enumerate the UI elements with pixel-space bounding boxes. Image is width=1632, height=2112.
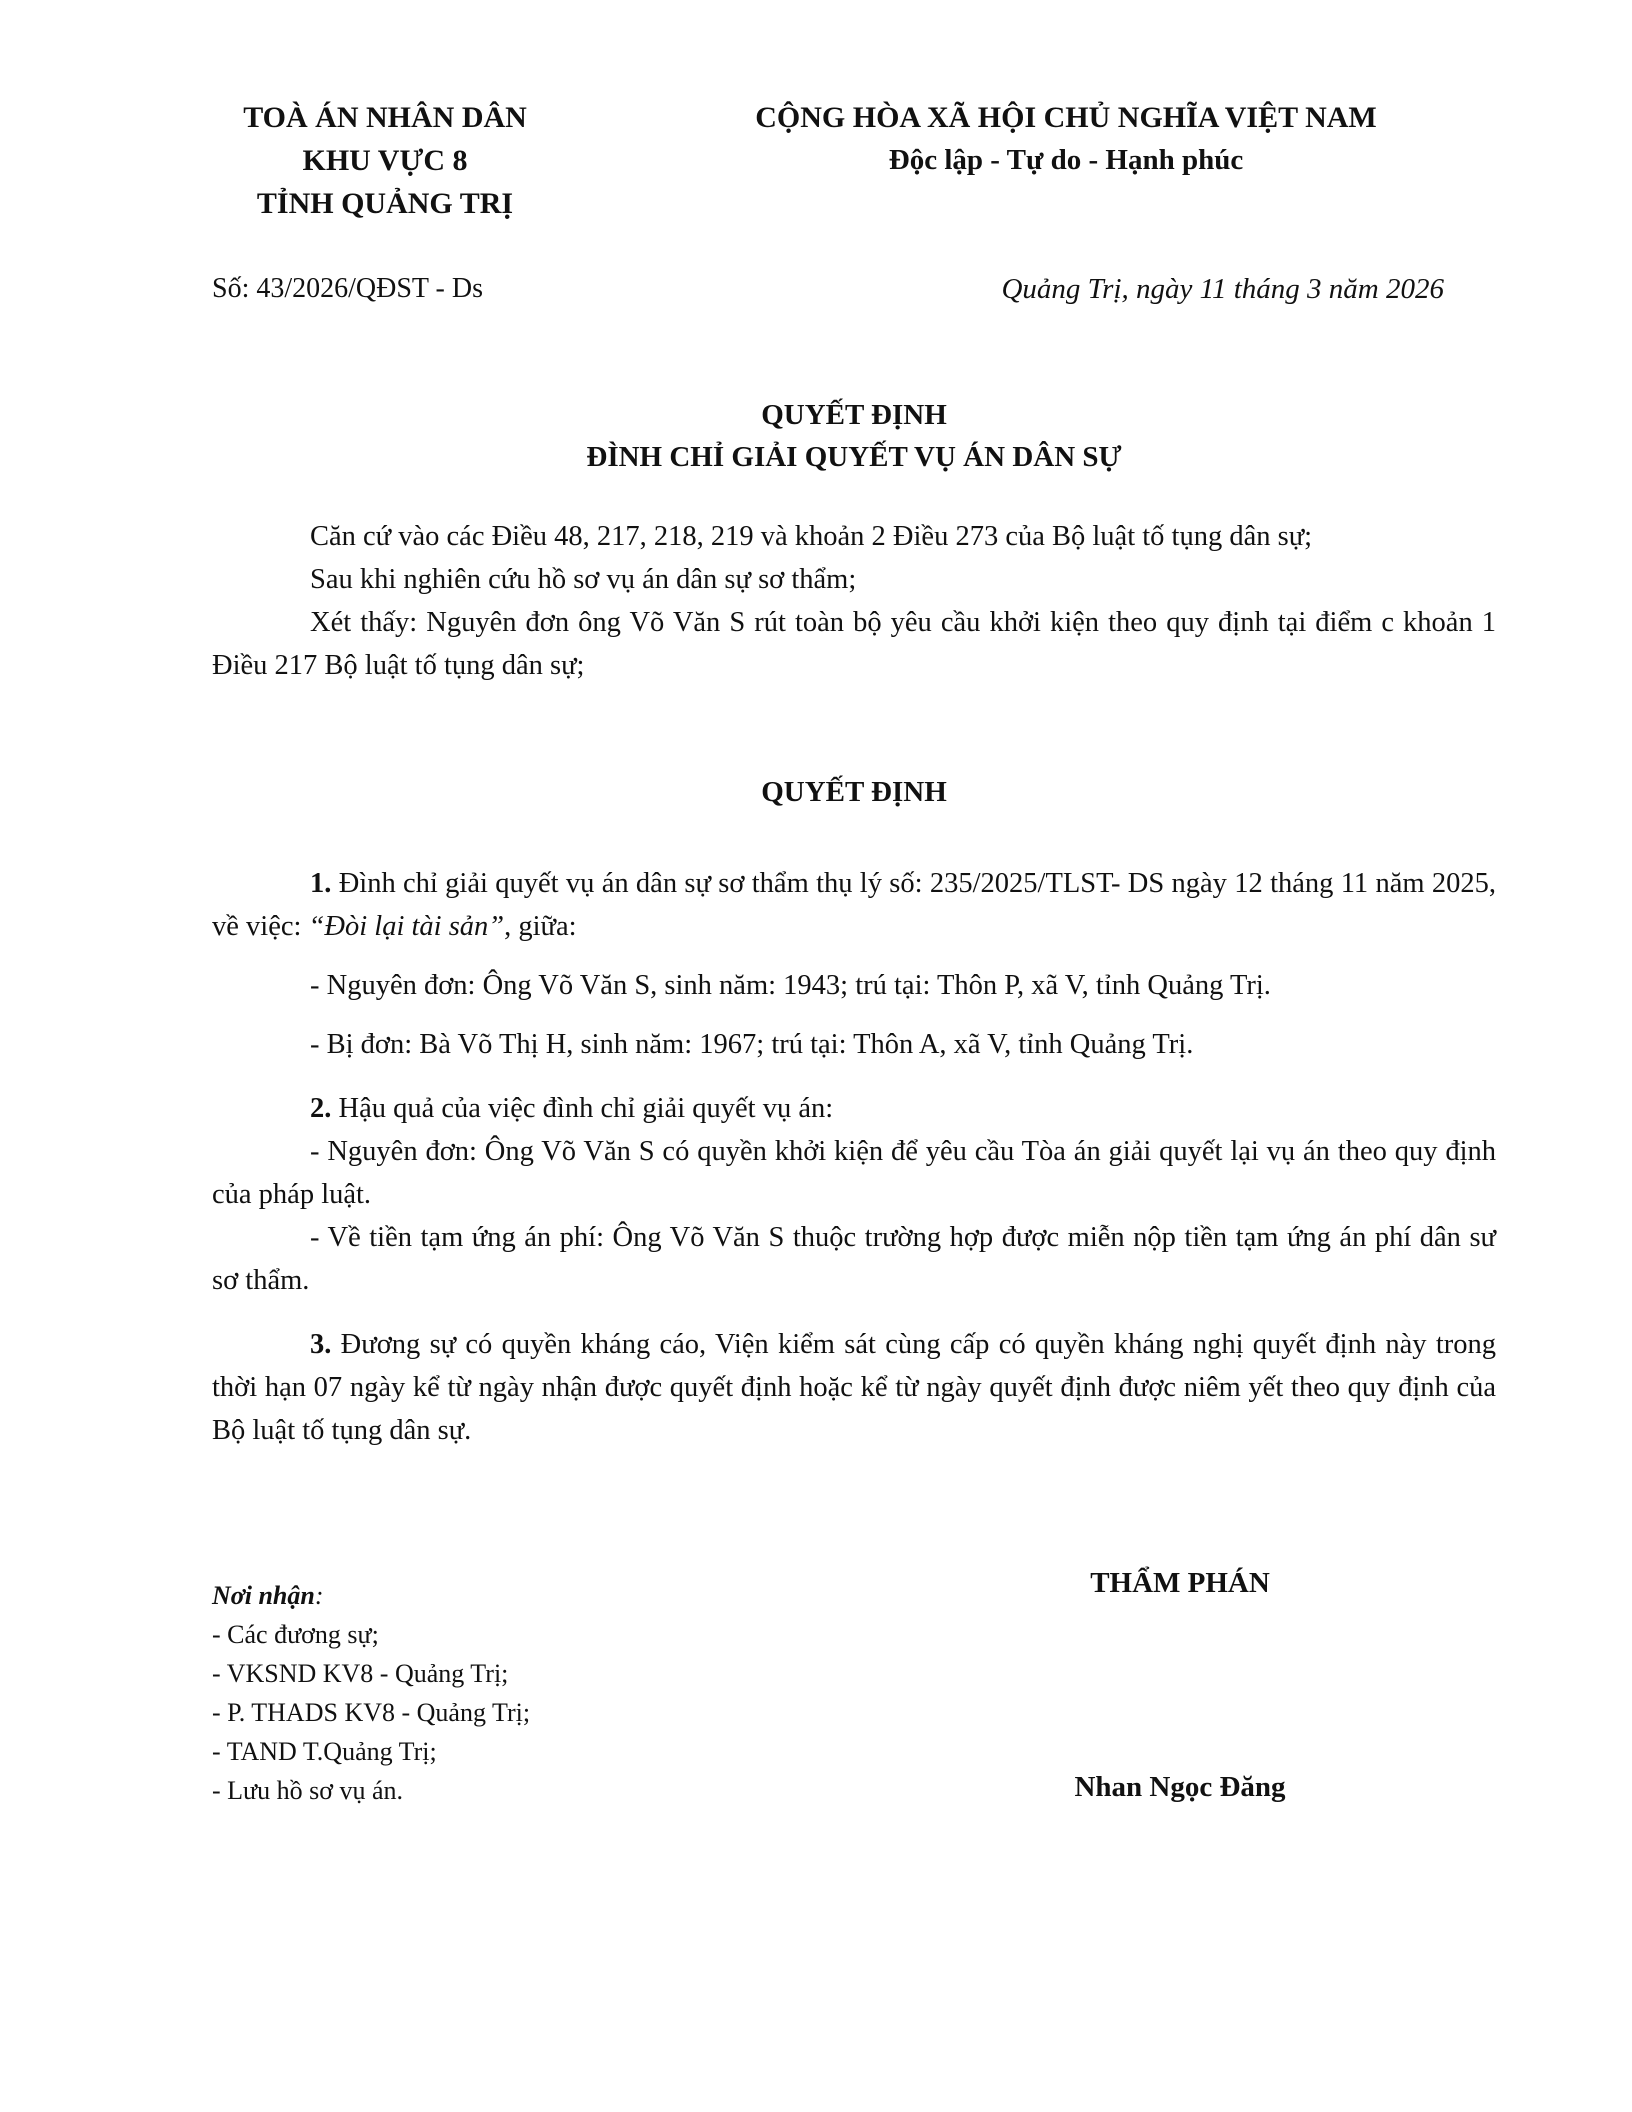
recipient-item: - Các đương sự; — [212, 1615, 530, 1654]
recipient-item: - VKSND KV8 - Quảng Trị; — [212, 1654, 530, 1693]
title-line-2: ĐÌNH CHỈ GIẢI QUYẾT VỤ ÁN DÂN SỰ — [212, 436, 1496, 478]
basis-paragraph: Xét thấy: Nguyên đơn ông Võ Văn S rút to… — [212, 601, 1496, 687]
decision-item-1: 1. Đình chỉ giải quyết vụ án dân sự sơ t… — [212, 862, 1496, 948]
decision-body: 1. Đình chỉ giải quyết vụ án dân sự sơ t… — [212, 862, 1496, 1452]
court-name-block: TOÀ ÁN NHÂN DÂN KHU VỰC 8 TỈNH QUẢNG TRỊ — [200, 96, 570, 225]
plaintiff-right: - Nguyên đơn: Ông Võ Văn S có quyền khởi… — [212, 1130, 1496, 1216]
recipients-list: - Các đương sự; - VKSND KV8 - Quảng Trị;… — [212, 1615, 530, 1810]
legal-basis: Căn cứ vào các Điều 48, 217, 218, 219 và… — [212, 515, 1496, 687]
national-header: CỘNG HÒA XÃ HỘI CHỦ NGHĨA VIỆT NAM Độc l… — [660, 96, 1472, 182]
item-number: 2. — [310, 1093, 331, 1124]
basis-paragraph: Căn cứ vào các Điều 48, 217, 218, 219 và… — [212, 515, 1496, 558]
item-number: 1. — [310, 868, 331, 899]
title-line-1: QUYẾT ĐỊNH — [212, 394, 1496, 436]
defendant-info: - Bị đơn: Bà Võ Thị H, sinh năm: 1967; t… — [212, 1023, 1496, 1066]
recipient-item: - Lưu hồ sơ vụ án. — [212, 1771, 530, 1810]
court-region-line: KHU VỰC 8 — [200, 139, 570, 182]
document-title: QUYẾT ĐỊNH ĐÌNH CHỈ GIẢI QUYẾT VỤ ÁN DÂN… — [212, 394, 1496, 478]
decision-item-3: 3. Đương sự có quyền kháng cáo, Viện kiể… — [212, 1323, 1496, 1452]
item-number: 3. — [310, 1329, 331, 1360]
recipients-heading-colon: : — [315, 1581, 324, 1610]
recipients-block: Nơi nhận: - Các đương sự; - VKSND KV8 - … — [212, 1576, 530, 1810]
decision-item-2: 2. Hậu quả của việc đình chỉ giải quyết … — [212, 1087, 1496, 1130]
recipient-item: - TAND T.Quảng Trị; — [212, 1732, 530, 1771]
court-name-line: TOÀ ÁN NHÂN DÂN — [200, 96, 570, 139]
nation-name: CỘNG HÒA XÃ HỘI CHỦ NGHĨA VIỆT NAM — [660, 96, 1472, 139]
document-date-place: Quảng Trị, ngày 11 tháng 3 năm 2026 — [860, 270, 1444, 308]
court-fee: - Về tiền tạm ứng án phí: Ông Võ Văn S t… — [212, 1216, 1496, 1302]
signer-title: THẨM PHÁN — [1000, 1563, 1360, 1603]
decision-heading: QUYẾT ĐỊNH — [212, 771, 1496, 813]
item-text: Đương sự có quyền kháng cáo, Viện kiểm s… — [212, 1329, 1496, 1446]
plaintiff-info: - Nguyên đơn: Ông Võ Văn S, sinh năm: 19… — [212, 964, 1496, 1007]
item-text: Hậu quả của việc đình chỉ giải quyết vụ … — [331, 1093, 833, 1124]
document-number: Số: 43/2026/QĐST - Ds — [212, 270, 483, 308]
item-text-end: , giữa: — [504, 911, 576, 942]
recipients-heading-text: Nơi nhận — [212, 1581, 315, 1610]
recipient-item: - P. THADS KV8 - Quảng Trị; — [212, 1693, 530, 1732]
court-province-line: TỈNH QUẢNG TRỊ — [200, 182, 570, 225]
signer-name: Nhan Ngọc Đăng — [1000, 1767, 1360, 1807]
national-motto: Độc lập - Tự do - Hạnh phúc — [660, 139, 1472, 182]
recipients-heading: Nơi nhận: — [212, 1576, 530, 1615]
case-subject: “Đòi lại tài sản” — [309, 911, 505, 942]
basis-paragraph: Sau khi nghiên cứu hồ sơ vụ án dân sự sơ… — [212, 558, 1496, 601]
